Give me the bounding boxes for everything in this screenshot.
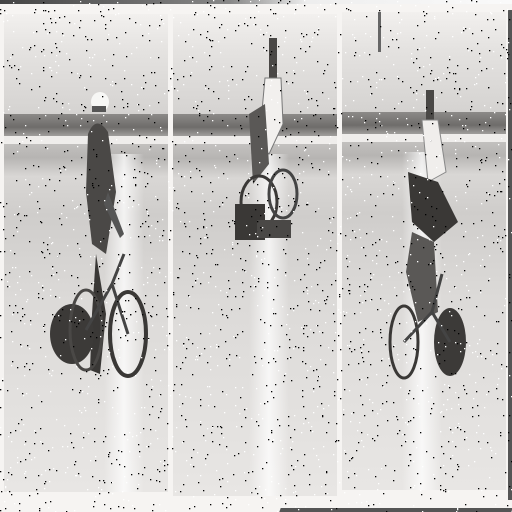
photo-frame [0,0,512,512]
cyclist-figure [173,14,337,496]
scan-edge-bottom [279,508,512,512]
photo-panel-2 [173,14,337,496]
photo-panel-1 [4,14,168,492]
scan-edge-right [508,10,512,500]
cyclist-figure [4,14,168,492]
photo-panel-3 [342,12,506,490]
scan-edge-top [0,0,512,4]
cyclist-figure [342,12,506,490]
